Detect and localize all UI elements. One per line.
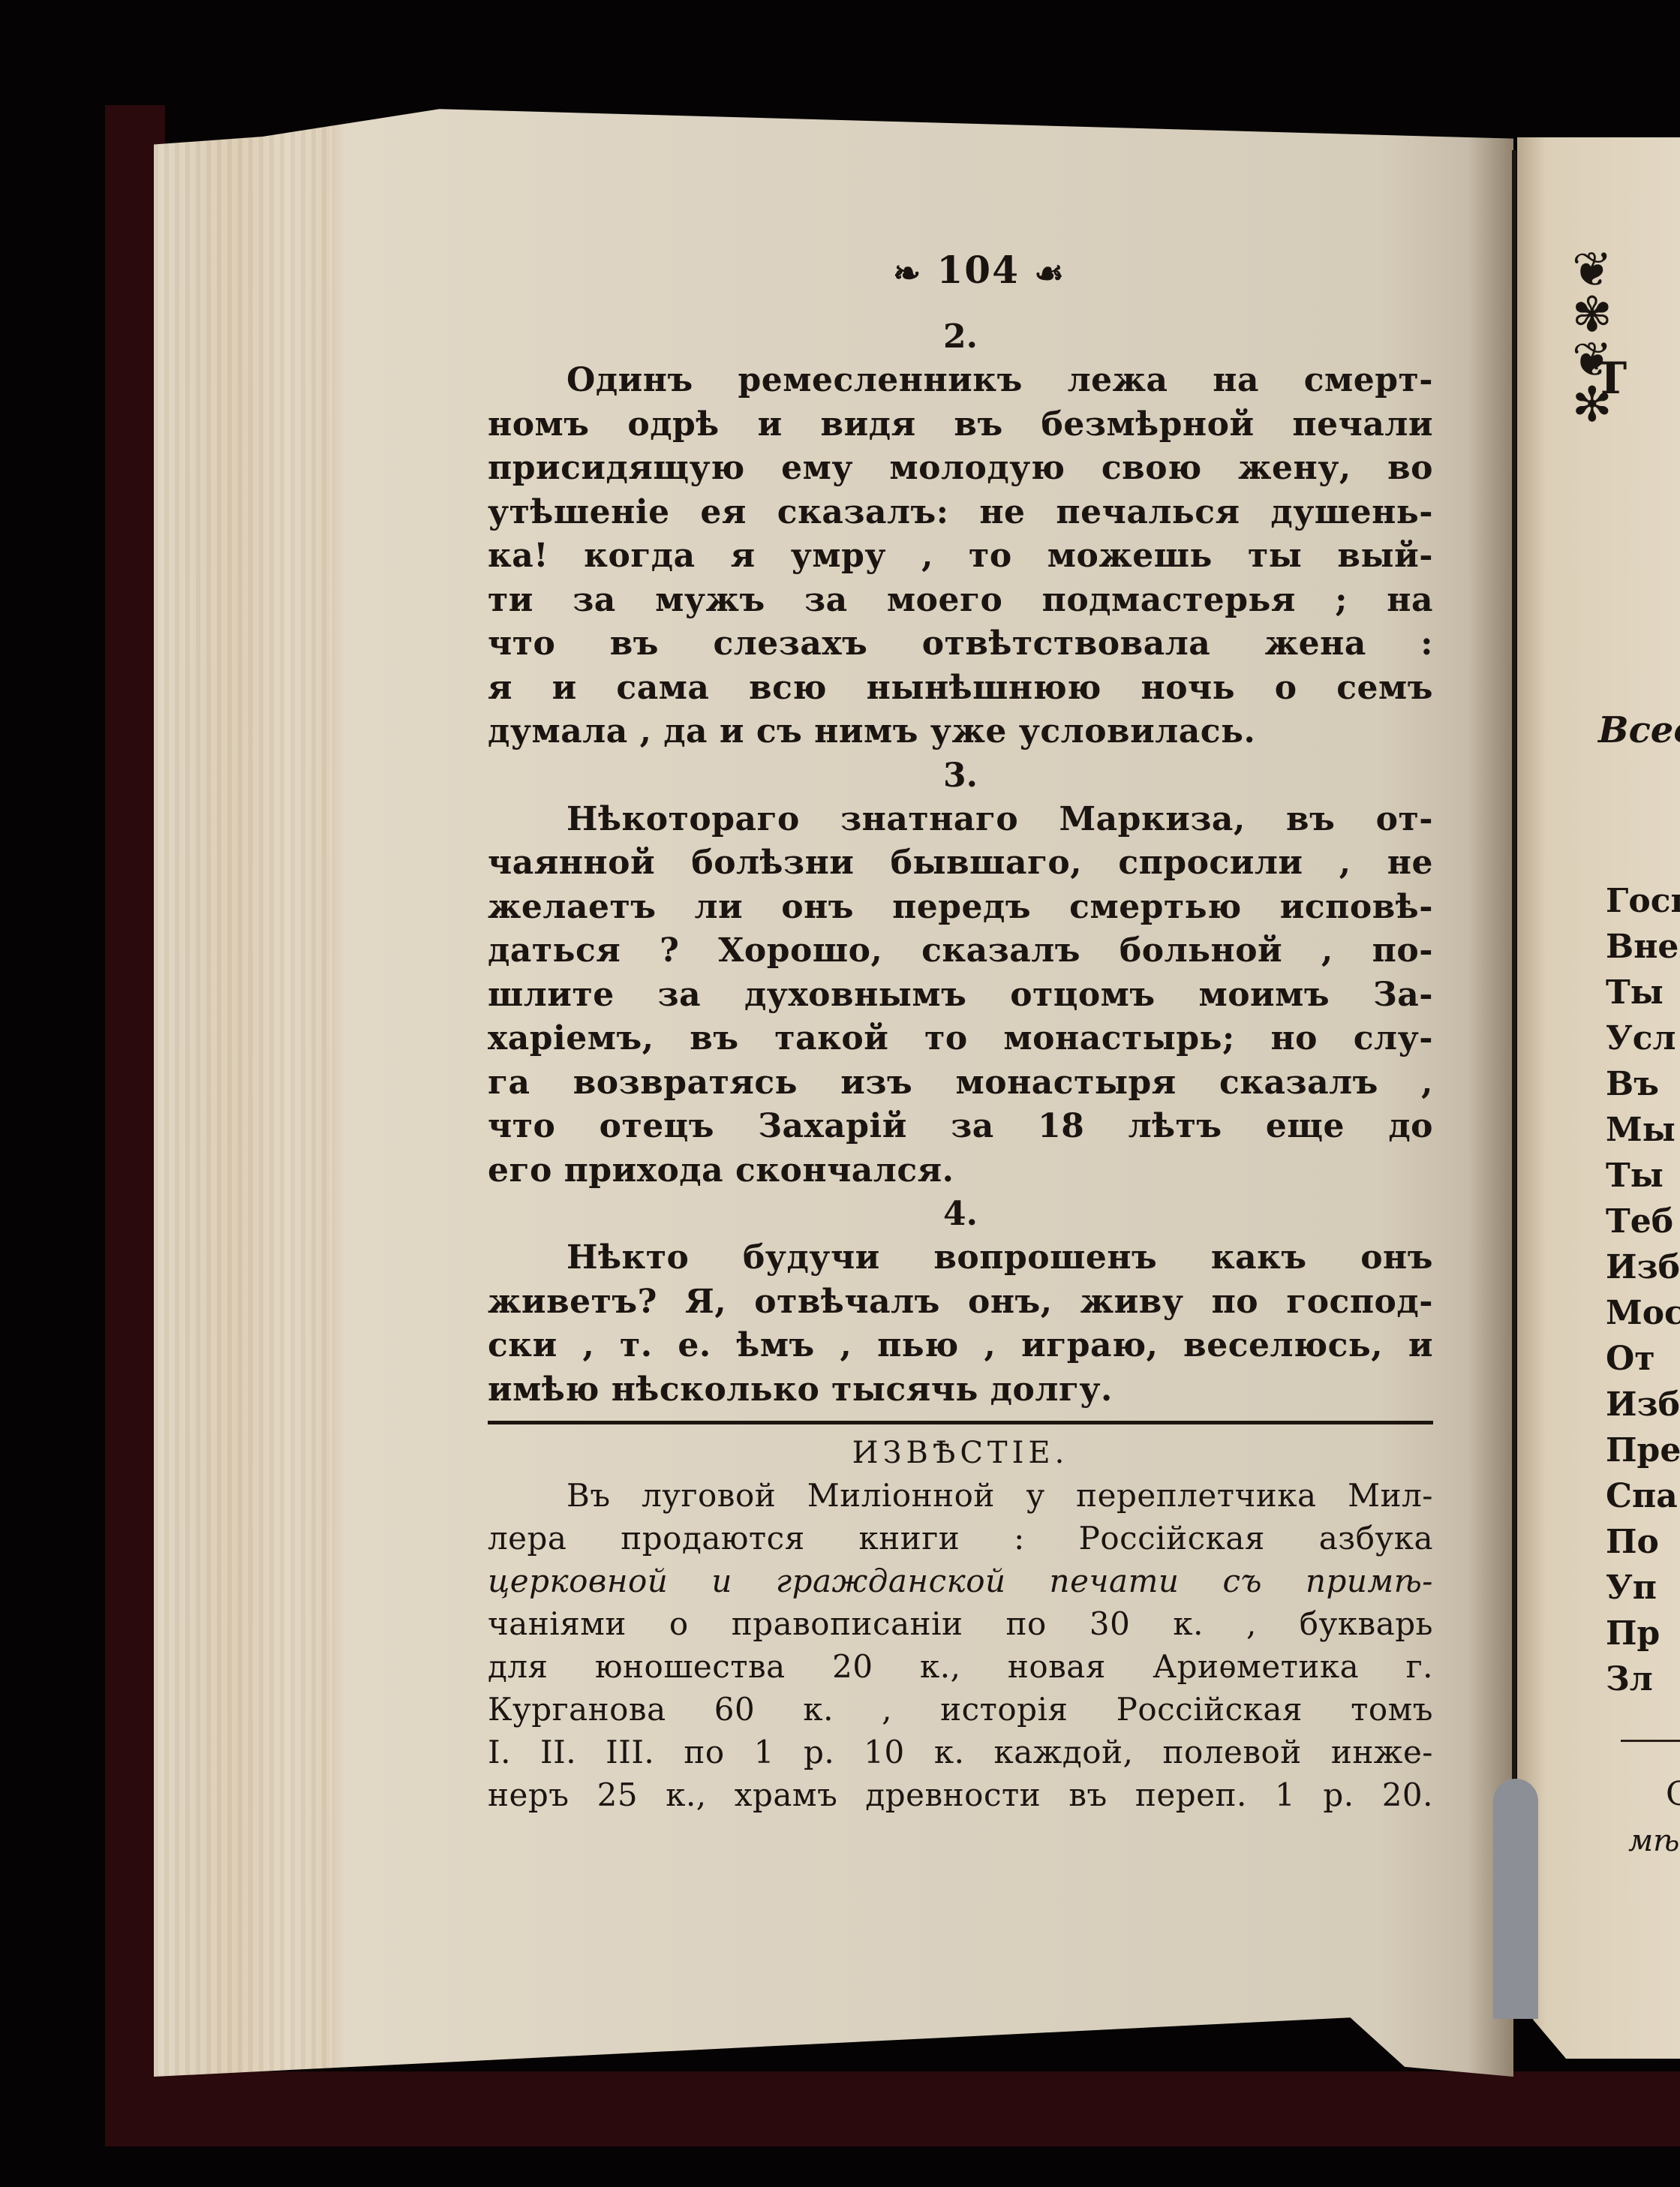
verse-line-start: Теб xyxy=(1606,1199,1680,1244)
section-divider-rule xyxy=(488,1421,1433,1424)
verse-line-start: Ты xyxy=(1606,1153,1680,1199)
page-number: 104 xyxy=(937,248,1020,292)
text-line: шлите за духовнымъ отцомъ моимъ За- xyxy=(488,973,1433,1018)
page-fore-edge xyxy=(154,105,332,2077)
notice-line: Въ луговой Миліонной у переплетчика Мил- xyxy=(488,1474,1433,1517)
verse-line-start: Госп xyxy=(1606,878,1680,924)
text-line: харіемъ, въ такой то монастырь; но слу- xyxy=(488,1017,1433,1061)
torn-page-corner xyxy=(1493,1779,1538,2019)
notice-line: для юношества 20 к., новая Ариѳметика г. xyxy=(488,1645,1433,1688)
text-line: имѣю нѣсколько тысячь долгу. xyxy=(488,1368,1433,1412)
notice-line: лера продаются книги : Россійская азбука xyxy=(488,1517,1433,1560)
notice-heading: ИЗВѢСТІЕ. xyxy=(488,1432,1433,1474)
text-line: ски , т. е. ѣмъ , пью , играю, веселюсь,… xyxy=(488,1324,1433,1368)
book-gutter xyxy=(1512,150,1516,1936)
text-line: его прихода скончался. xyxy=(488,1149,1433,1193)
fleuron-right-icon: ☙ xyxy=(1034,254,1065,293)
text-line: Нѣкотораго знатнаго Маркиза, въ от- xyxy=(488,798,1433,842)
notice-line: Курганова 60 к. , исторія Россійская том… xyxy=(488,1688,1433,1731)
left-page-text: 2. Одинъ ремесленникъ лежа на смерт- ном… xyxy=(488,315,1433,1816)
verse-line-start: Усл xyxy=(1606,1015,1680,1061)
text-line: ти за мужъ за моего подмастерья ; на xyxy=(488,579,1433,623)
notice-line: неръ 25 к., храмъ древности въ переп. 1 … xyxy=(488,1773,1433,1816)
verse-line-start: Въ xyxy=(1606,1061,1680,1107)
right-page-verse-lines: Госп Внен Ты Усл Въ Мы Ты Теб Изб Мос От… xyxy=(1606,878,1680,1702)
text-line: га возвратясь изъ монастыря сказалъ , xyxy=(488,1061,1433,1106)
verse-line-start: Уп xyxy=(1606,1565,1680,1611)
text-line: Нѣкто будучи вопрошенъ какъ онъ xyxy=(488,1236,1433,1280)
text-line: желаетъ ли онъ передъ смертью исповѣ- xyxy=(488,886,1433,930)
anecdote-number: 4. xyxy=(488,1193,1433,1236)
verse-line-start: Пр xyxy=(1606,1611,1680,1656)
drop-cap-letter: Т xyxy=(1594,353,1627,404)
notice-line: чаніями о правописаніи по 30 к. , буквар… xyxy=(488,1602,1433,1645)
verse-line-start: Пре xyxy=(1606,1427,1680,1473)
text-line: чаянной болѣзни бывшаго, спросили , не xyxy=(488,841,1433,886)
text-line: Одинъ ремесленникъ лежа на смерт- xyxy=(488,359,1433,403)
running-head: ❧ 104 ☙ xyxy=(855,248,1103,293)
verse-line-start: По xyxy=(1606,1519,1680,1565)
text-line: что отецъ Захарій за 18 лѣтъ еще до xyxy=(488,1105,1433,1149)
right-page-footer-fragment: С xyxy=(1666,1775,1680,1813)
text-line: присидящую ему молодую свою жену, во xyxy=(488,447,1433,491)
notice-line: церковной и гражданской печати съ примѣ- xyxy=(488,1560,1433,1602)
verse-line-start: Ты xyxy=(1606,970,1680,1015)
text-line: я и сама всю нынѣшнюю ночь о семъ xyxy=(488,666,1433,711)
notice-section: ИЗВѢСТІЕ. Въ луговой Миліонной у перепле… xyxy=(488,1432,1433,1816)
right-page-divider-rule xyxy=(1621,1740,1680,1742)
verse-line-start: Спа xyxy=(1606,1473,1680,1519)
text-line: думала , да и съ нимъ уже условилась. xyxy=(488,710,1433,754)
verse-line-start: От xyxy=(1606,1336,1680,1382)
text-line: даться ? Хорошо, сказалъ больной , по- xyxy=(488,929,1433,973)
verse-line-start: Изб xyxy=(1606,1382,1680,1427)
right-page-footer-fragment: мѣ xyxy=(1628,1824,1679,1858)
book-cover-bottom-edge xyxy=(105,2071,1680,2146)
verse-line-start: Изб xyxy=(1606,1244,1680,1290)
right-page-title-fragment: Всед xyxy=(1598,709,1680,751)
text-line: утѣшеніе ея сказалъ: не печалься душень- xyxy=(488,491,1433,535)
verse-line-start: Мос xyxy=(1606,1290,1680,1336)
text-line: живетъ? Я, отвѣчалъ онъ, живу по господ- xyxy=(488,1280,1433,1325)
text-line: ка! когда я умру , то можешь ты вый- xyxy=(488,534,1433,579)
verse-line-start: Мы xyxy=(1606,1107,1680,1153)
verse-line-start: Зл xyxy=(1606,1656,1680,1702)
verse-line-start: Внен xyxy=(1606,924,1680,970)
text-line: номъ одрѣ и видя въ безмѣрной печали xyxy=(488,403,1433,447)
notice-line: I. II. III. по 1 р. 10 к. каждой, полево… xyxy=(488,1731,1433,1773)
fleuron-left-icon: ❧ xyxy=(893,254,922,293)
text-line: что въ слезахъ отвѣтствовала жена : xyxy=(488,622,1433,666)
anecdote-number: 3. xyxy=(488,754,1433,798)
anecdote-number: 2. xyxy=(488,315,1433,359)
